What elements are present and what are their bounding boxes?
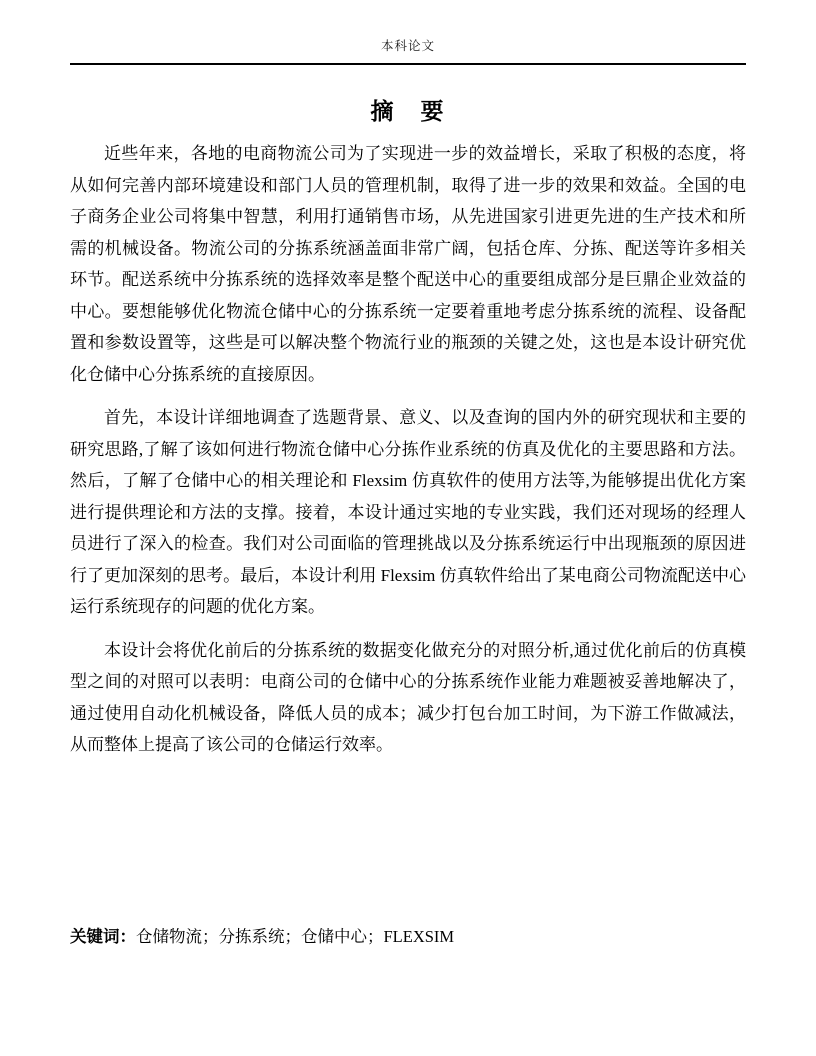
abstract-title: 摘 要 (70, 95, 746, 128)
abstract-paragraph-1: 近些年来，各地的电商物流公司为了实现进一步的效益增长，采取了积极的态度，将从如何… (70, 138, 746, 390)
keywords-text: 仓储物流；分拣系统；仓储中心；FLEXSIM (136, 927, 454, 946)
keywords-label: 关键词： (70, 928, 136, 946)
document-page: 本科论文 摘 要 近些年来，各地的电商物流公司为了实现进一步的效益增长，采取了积… (0, 0, 816, 1056)
header-rule (70, 63, 746, 65)
keywords-line: 关键词：仓储物流；分拣系统；仓储中心；FLEXSIM (70, 924, 746, 950)
abstract-body: 近些年来，各地的电商物流公司为了实现进一步的效益增长，采取了积极的态度，将从如何… (70, 138, 746, 761)
abstract-paragraph-2: 首先，本设计详细地调查了选题背景、意义、以及查询的国内外的研究现状和主要的研究思… (70, 402, 746, 623)
abstract-paragraph-3: 本设计会将优化前后的分拣系统的数据变化做充分的对照分析,通过优化前后的仿真模型之… (70, 635, 746, 761)
running-header: 本科论文 (70, 38, 746, 54)
